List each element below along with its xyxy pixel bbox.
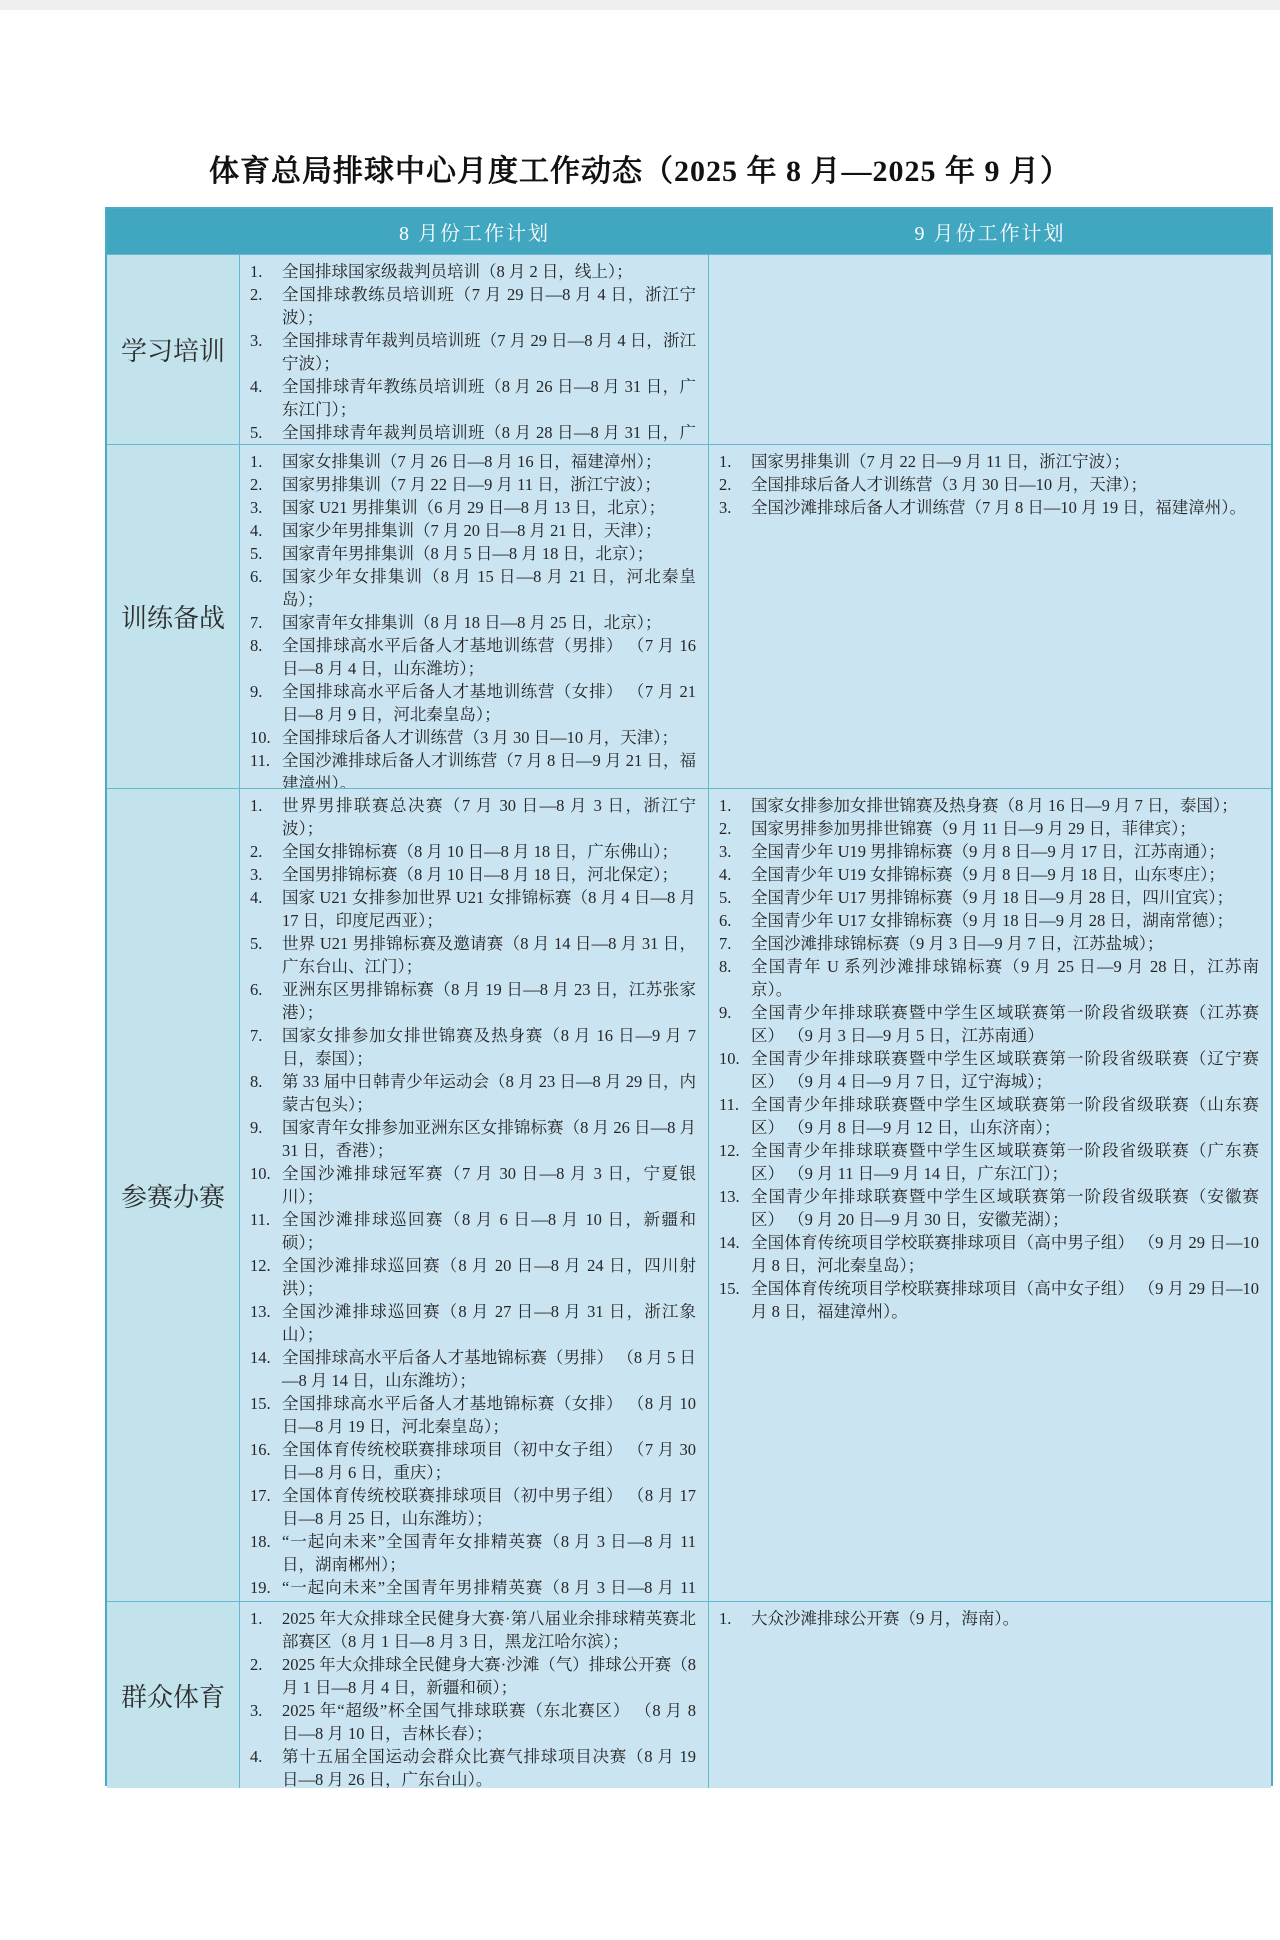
- item-number: 6.: [719, 909, 731, 932]
- plan-item: 16.全国体育传统校联赛排球项目（初中女子组） （7 月 30 日—8 月 6 …: [248, 1438, 696, 1484]
- item-text: 全国排球青年教练员培训班（8 月 26 日—8 月 31 日，广东江门）；: [282, 377, 696, 419]
- item-text: 全国男排锦标赛（8 月 10 日—8 月 18 日，河北保定）；: [282, 865, 678, 884]
- item-number: 4.: [250, 519, 262, 542]
- item-number: 8.: [250, 1070, 262, 1093]
- item-number: 3.: [719, 840, 731, 863]
- item-number: 5.: [719, 886, 731, 909]
- item-text: 国家少年女排集训（8 月 15 日—8 月 21 日，河北秦皇岛）；: [282, 567, 696, 609]
- item-text: 全国体育传统项目学校联赛排球项目（高中女子组） （9 月 29 日—10 月 8…: [751, 1279, 1259, 1321]
- table-body: 学习培训 1.全国排球国家级裁判员培训（8 月 2 日，线上）；2.全国排球教练…: [107, 255, 1271, 1788]
- plan-item: 18.“一起向未来”全国青年女排精英赛（8 月 3 日—8 月 11 日，湖南郴…: [248, 1530, 696, 1576]
- plan-item: 12.全国青少年排球联赛暨中学生区域联赛第一阶段省级联赛（广东赛区） （9 月 …: [717, 1139, 1259, 1185]
- item-text: 全国女排锦标赛（8 月 10 日—8 月 18 日，广东佛山）；: [282, 842, 678, 861]
- plan-item: 4.国家 U21 女排参加世界 U21 女排锦标赛（8 月 4 日—8 月 17…: [248, 886, 696, 932]
- item-text: 全国排球高水平后备人才基地锦标赛（女排） （8 月 10 日—8 月 19 日，…: [282, 1394, 696, 1436]
- september-item-list: 1.国家男排集训（7 月 22 日—9 月 11 日，浙江宁波）；2.全国排球后…: [717, 450, 1259, 519]
- item-text: 全国排球国家级裁判员培训（8 月 2 日，线上）；: [282, 262, 633, 281]
- item-text: 国家女排参加女排世锦赛及热身赛（8 月 16 日—9 月 7 日，泰国）；: [751, 796, 1238, 815]
- item-text: 全国青少年排球联赛暨中学生区域联赛第一阶段省级联赛（辽宁赛区） （9 月 4 日…: [751, 1049, 1259, 1091]
- category-label: 参赛办赛: [121, 1177, 225, 1214]
- september-cell: [709, 255, 1271, 444]
- plan-item: 7.全国沙滩排球锦标赛（9 月 3 日—9 月 7 日，江苏盐城）；: [717, 932, 1259, 955]
- item-text: 全国青少年排球联赛暨中学生区域联赛第一阶段省级联赛（广东赛区） （9 月 11 …: [751, 1141, 1259, 1183]
- plan-item: 5.全国青少年 U17 男排锦标赛（9 月 18 日—9 月 28 日，四川宜宾…: [717, 886, 1259, 909]
- plan-item: 4.全国排球青年教练员培训班（8 月 26 日—8 月 31 日，广东江门）；: [248, 375, 696, 421]
- item-number: 2.: [250, 283, 262, 306]
- page-top-strip: [0, 0, 1280, 10]
- item-text: 国家 U21 男排集训（6 月 29 日—8 月 13 日，北京）；: [282, 498, 665, 517]
- table-row: 学习培训 1.全国排球国家级裁判员培训（8 月 2 日，线上）；2.全国排球教练…: [107, 255, 1271, 445]
- item-text: 全国青少年排球联赛暨中学生区域联赛第一阶段省级联赛（江苏赛区） （9 月 3 日…: [751, 1003, 1259, 1045]
- item-text: 国家男排集训（7 月 22 日—9 月 11 日，浙江宁波）；: [282, 475, 661, 494]
- item-number: 7.: [719, 932, 731, 955]
- category-header-spacer: [107, 209, 240, 254]
- item-text: 全国排球后备人才训练营（3 月 30 日—10 月，天津）；: [751, 475, 1147, 494]
- plan-item: 9.国家青年女排参加亚洲东区女排锦标赛（8 月 26 日—8 月 31 日，香港…: [248, 1116, 696, 1162]
- plan-item: 8.第 33 届中日韩青少年运动会（8 月 23 日—8 月 29 日，内蒙古包…: [248, 1070, 696, 1116]
- item-number: 1.: [719, 450, 731, 473]
- plan-item: 9.全国青少年排球联赛暨中学生区域联赛第一阶段省级联赛（江苏赛区） （9 月 3…: [717, 1001, 1259, 1047]
- item-number: 3.: [719, 496, 731, 519]
- item-number: 14.: [719, 1231, 740, 1254]
- item-text: 全国排球高水平后备人才基地训练营（女排） （7 月 21 日—8 月 9 日，河…: [282, 682, 696, 724]
- plan-item: 1.国家女排集训（7 月 26 日—8 月 16 日，福建漳州）；: [248, 450, 696, 473]
- plan-item: 11.全国沙滩排球后备人才训练营（7 月 8 日—9 月 21 日，福建漳州）。: [248, 749, 696, 788]
- plan-item: 5.全国排球青年裁判员培训班（8 月 28 日—8 月 31 日，广东江门）。: [248, 421, 696, 444]
- august-cell: 1.世界男排联赛总决赛（7 月 30 日—8 月 3 日，浙江宁波）；2.全国女…: [240, 789, 709, 1601]
- item-number: 10.: [250, 1162, 271, 1185]
- item-number: 12.: [719, 1139, 740, 1162]
- plan-item: 14.全国排球高水平后备人才基地锦标赛（男排） （8 月 5 日—8 月 14 …: [248, 1346, 696, 1392]
- plan-item: 11.全国沙滩排球巡回赛（8 月 6 日—8 月 10 日，新疆和硕）；: [248, 1208, 696, 1254]
- august-item-list: 1.2025 年大众排球全民健身大赛·第八届业余排球精英赛北部赛区（8 月 1 …: [248, 1607, 696, 1788]
- item-text: 全国体育传统校联赛排球项目（初中男子组） （8 月 17 日—8 月 25 日，…: [282, 1486, 696, 1528]
- plan-item: 10.全国青少年排球联赛暨中学生区域联赛第一阶段省级联赛（辽宁赛区） （9 月 …: [717, 1047, 1259, 1093]
- item-text: 第十五届全国运动会群众比赛气排球项目决赛（8 月 19 日—8 月 26 日，广…: [282, 1747, 696, 1788]
- plan-item: 14.全国体育传统项目学校联赛排球项目（高中男子组） （9 月 29 日—10 …: [717, 1231, 1259, 1277]
- plan-item: 10.全国沙滩排球冠军赛（7 月 30 日—8 月 3 日，宁夏银川）；: [248, 1162, 696, 1208]
- category-cell: 参赛办赛: [107, 789, 240, 1601]
- item-number: 11.: [250, 1208, 270, 1231]
- item-text: 全国沙滩排球后备人才训练营（7 月 8 日—10 月 19 日，福建漳州）。: [751, 498, 1246, 517]
- item-text: 全国体育传统项目学校联赛排球项目（高中男子组） （9 月 29 日—10 月 8…: [751, 1233, 1259, 1275]
- item-number: 4.: [719, 863, 731, 886]
- item-text: 全国体育传统校联赛排球项目（初中女子组） （7 月 30 日—8 月 6 日，重…: [282, 1440, 696, 1482]
- item-text: 国家女排参加女排世锦赛及热身赛（8 月 16 日—9 月 7 日，泰国）；: [282, 1026, 696, 1068]
- item-number: 3.: [250, 329, 262, 352]
- plan-item: 4.全国青少年 U19 女排锦标赛（9 月 8 日—9 月 18 日，山东枣庄）…: [717, 863, 1259, 886]
- item-number: 1.: [719, 794, 731, 817]
- item-number: 1.: [250, 450, 262, 473]
- item-number: 5.: [250, 542, 262, 565]
- category-label: 训练备战: [121, 598, 225, 635]
- plan-item: 12.全国沙滩排球巡回赛（8 月 20 日—8 月 24 日，四川射洪）；: [248, 1254, 696, 1300]
- august-cell: 1.2025 年大众排球全民健身大赛·第八届业余排球精英赛北部赛区（8 月 1 …: [240, 1602, 709, 1788]
- plan-item: 3.2025 年“超级”杯全国气排球联赛（东北赛区） （8 月 8 日—8 月 …: [248, 1699, 696, 1745]
- august-item-list: 1.国家女排集训（7 月 26 日—8 月 16 日，福建漳州）；2.国家男排集…: [248, 450, 696, 788]
- item-text: 全国青少年 U19 女排锦标赛（9 月 8 日—9 月 18 日，山东枣庄）；: [751, 865, 1225, 884]
- item-number: 13.: [719, 1185, 740, 1208]
- plan-item: 13.全国沙滩排球巡回赛（8 月 27 日—8 月 31 日，浙江象山）；: [248, 1300, 696, 1346]
- plan-item: 15.全国体育传统项目学校联赛排球项目（高中女子组） （9 月 29 日—10 …: [717, 1277, 1259, 1323]
- plan-item: 1.世界男排联赛总决赛（7 月 30 日—8 月 3 日，浙江宁波）；: [248, 794, 696, 840]
- plan-item: 4.第十五届全国运动会群众比赛气排球项目决赛（8 月 19 日—8 月 26 日…: [248, 1745, 696, 1788]
- plan-item: 2.全国排球后备人才训练营（3 月 30 日—10 月，天津）；: [717, 473, 1259, 496]
- item-number: 2.: [719, 473, 731, 496]
- plan-item: 6.亚洲东区男排锦标赛（8 月 19 日—8 月 23 日，江苏张家港）；: [248, 978, 696, 1024]
- item-text: 世界男排联赛总决赛（7 月 30 日—8 月 3 日，浙江宁波）；: [282, 796, 696, 838]
- plan-item: 2.全国排球教练员培训班（7 月 29 日—8 月 4 日，浙江宁波）；: [248, 283, 696, 329]
- item-text: 全国沙滩排球巡回赛（8 月 20 日—8 月 24 日，四川射洪）；: [282, 1256, 696, 1298]
- item-number: 8.: [719, 955, 731, 978]
- item-text: 全国青少年排球联赛暨中学生区域联赛第一阶段省级联赛（安徽赛区） （9 月 20 …: [751, 1187, 1259, 1229]
- item-number: 1.: [719, 1607, 731, 1630]
- item-text: 全国青少年 U17 女排锦标赛（9 月 18 日—9 月 28 日，湖南常德）；: [751, 911, 1233, 930]
- item-text: 世界 U21 男排锦标赛及邀请赛（8 月 14 日—8 月 31 日，广东台山、…: [282, 934, 696, 976]
- item-text: 全国排球青年裁判员培训班（7 月 29 日—8 月 4 日，浙江宁波）；: [282, 331, 696, 373]
- item-number: 10.: [250, 726, 271, 749]
- plan-item: 1.全国排球国家级裁判员培训（8 月 2 日，线上）；: [248, 260, 696, 283]
- plan-item: 9.全国排球高水平后备人才基地训练营（女排） （7 月 21 日—8 月 9 日…: [248, 680, 696, 726]
- plan-item: 2.国家男排集训（7 月 22 日—9 月 11 日，浙江宁波）；: [248, 473, 696, 496]
- plan-item: 1.国家女排参加女排世锦赛及热身赛（8 月 16 日—9 月 7 日，泰国）；: [717, 794, 1259, 817]
- item-text: 全国青年 U 系列沙滩排球锦标赛（9 月 25 日—9 月 28 日，江苏南京）…: [751, 957, 1259, 999]
- plan-item: 5.世界 U21 男排锦标赛及邀请赛（8 月 14 日—8 月 31 日，广东台…: [248, 932, 696, 978]
- item-text: 国家男排参加男排世锦赛（9 月 11 日—9 月 29 日，菲律宾）；: [751, 819, 1196, 838]
- item-text: “一起向未来”全国青年女排精英赛（8 月 3 日—8 月 11 日，湖南郴州）；: [282, 1532, 696, 1574]
- table-row: 群众体育 1.2025 年大众排球全民健身大赛·第八届业余排球精英赛北部赛区（8…: [107, 1602, 1271, 1788]
- plan-item: 6.国家少年女排集训（8 月 15 日—8 月 21 日，河北秦皇岛）；: [248, 565, 696, 611]
- plan-item: 13.全国青少年排球联赛暨中学生区域联赛第一阶段省级联赛（安徽赛区） （9 月 …: [717, 1185, 1259, 1231]
- plan-item: 1.2025 年大众排球全民健身大赛·第八届业余排球精英赛北部赛区（8 月 1 …: [248, 1607, 696, 1653]
- item-number: 7.: [250, 611, 262, 634]
- item-number: 18.: [250, 1530, 271, 1553]
- item-text: 全国排球高水平后备人才基地锦标赛（男排） （8 月 5 日—8 月 14 日，山…: [282, 1348, 696, 1390]
- item-text: 2025 年大众排球全民健身大赛·第八届业余排球精英赛北部赛区（8 月 1 日—…: [282, 1609, 696, 1651]
- plan-item: 4.国家少年男排集训（7 月 20 日—8 月 21 日，天津）；: [248, 519, 696, 542]
- plan-item: 19.“一起向未来”全国青年男排精英赛（8 月 3 日—8 月 11 日，河北秦…: [248, 1576, 696, 1601]
- august-item-list: 1.全国排球国家级裁判员培训（8 月 2 日，线上）；2.全国排球教练员培训班（…: [248, 260, 696, 444]
- item-number: 11.: [250, 749, 270, 772]
- column-header-august: 8 月份工作计划: [240, 209, 709, 254]
- item-text: 国家青年女排参加亚洲东区女排锦标赛（8 月 26 日—8 月 31 日，香港）；: [282, 1118, 696, 1160]
- item-text: 全国排球青年裁判员培训班（8 月 28 日—8 月 31 日，广东江门）。: [282, 423, 696, 444]
- item-number: 13.: [250, 1300, 271, 1323]
- plan-item: 1.国家男排集训（7 月 22 日—9 月 11 日，浙江宁波）；: [717, 450, 1259, 473]
- plan-item: 10.全国排球后备人才训练营（3 月 30 日—10 月，天津）；: [248, 726, 696, 749]
- item-number: 8.: [250, 634, 262, 657]
- september-cell: 1.国家女排参加女排世锦赛及热身赛（8 月 16 日—9 月 7 日，泰国）；2…: [709, 789, 1271, 1601]
- item-text: 全国青少年 U17 男排锦标赛（9 月 18 日—9 月 28 日，四川宜宾）；: [751, 888, 1233, 907]
- item-text: 亚洲东区男排锦标赛（8 月 19 日—8 月 23 日，江苏张家港）；: [282, 980, 696, 1022]
- plan-item: 3.全国男排锦标赛（8 月 10 日—8 月 18 日，河北保定）；: [248, 863, 696, 886]
- work-plan-table: 8 月份工作计划 9 月份工作计划 学习培训 1.全国排球国家级裁判员培训（8 …: [105, 207, 1273, 1786]
- item-number: 1.: [250, 260, 262, 283]
- item-text: 全国青少年 U19 男排锦标赛（9 月 8 日—9 月 17 日，江苏南通）；: [751, 842, 1225, 861]
- plan-item: 11.全国青少年排球联赛暨中学生区域联赛第一阶段省级联赛（山东赛区） （9 月 …: [717, 1093, 1259, 1139]
- item-number: 2.: [250, 1653, 262, 1676]
- plan-item: 15.全国排球高水平后备人才基地锦标赛（女排） （8 月 10 日—8 月 19…: [248, 1392, 696, 1438]
- item-number: 1.: [250, 794, 262, 817]
- table-row: 参赛办赛 1.世界男排联赛总决赛（7 月 30 日—8 月 3 日，浙江宁波）；…: [107, 789, 1271, 1602]
- item-text: 国家 U21 女排参加世界 U21 女排锦标赛（8 月 4 日—8 月 17 日…: [282, 888, 696, 930]
- august-cell: 1.全国排球国家级裁判员培训（8 月 2 日，线上）；2.全国排球教练员培训班（…: [240, 255, 709, 444]
- september-item-list: 1.大众沙滩排球公开赛（9 月，海南）。: [717, 1607, 1259, 1630]
- item-number: 14.: [250, 1346, 271, 1369]
- item-number: 4.: [250, 886, 262, 909]
- plan-item: 6.全国青少年 U17 女排锦标赛（9 月 18 日—9 月 28 日，湖南常德…: [717, 909, 1259, 932]
- item-text: 全国沙滩排球冠军赛（7 月 30 日—8 月 3 日，宁夏银川）；: [282, 1164, 696, 1206]
- table-row: 训练备战 1.国家女排集训（7 月 26 日—8 月 16 日，福建漳州）；2.…: [107, 445, 1271, 789]
- item-text: 国家女排集训（7 月 26 日—8 月 16 日，福建漳州）；: [282, 452, 662, 471]
- plan-item: 3.全国沙滩排球后备人才训练营（7 月 8 日—10 月 19 日，福建漳州）。: [717, 496, 1259, 519]
- item-text: 国家青年男排集训（8 月 5 日—8 月 18 日，北京）；: [282, 544, 653, 563]
- item-number: 9.: [250, 1116, 262, 1139]
- item-text: 国家少年男排集训（7 月 20 日—8 月 21 日，天津）；: [282, 521, 662, 540]
- plan-item: 2.2025 年大众排球全民健身大赛·沙滩（气）排球公开赛（8 月 1 日—8 …: [248, 1653, 696, 1699]
- item-number: 1.: [250, 1607, 262, 1630]
- item-number: 4.: [250, 1745, 262, 1768]
- plan-item: 8.全国排球高水平后备人才基地训练营（男排） （7 月 16 日—8 月 4 日…: [248, 634, 696, 680]
- august-cell: 1.国家女排集训（7 月 26 日—8 月 16 日，福建漳州）；2.国家男排集…: [240, 445, 709, 788]
- item-text: 第 33 届中日韩青少年运动会（8 月 23 日—8 月 29 日，内蒙古包头）…: [282, 1072, 696, 1114]
- category-label: 群众体育: [121, 1677, 225, 1714]
- plan-item: 5.国家青年男排集训（8 月 5 日—8 月 18 日，北京）；: [248, 542, 696, 565]
- item-text: 2025 年大众排球全民健身大赛·沙滩（气）排球公开赛（8 月 1 日—8 月 …: [282, 1655, 696, 1697]
- item-text: “一起向未来”全国青年男排精英赛（8 月 3 日—8 月 11 日，河北秦皇岛）…: [282, 1578, 696, 1601]
- plan-item: 17.全国体育传统校联赛排球项目（初中男子组） （8 月 17 日—8 月 25…: [248, 1484, 696, 1530]
- item-text: 国家男排集训（7 月 22 日—9 月 11 日，浙江宁波）；: [751, 452, 1130, 471]
- item-number: 15.: [719, 1277, 740, 1300]
- item-number: 6.: [250, 978, 262, 1001]
- item-number: 3.: [250, 1699, 262, 1722]
- item-text: 全国排球后备人才训练营（3 月 30 日—10 月，天津）；: [282, 728, 678, 747]
- item-number: 19.: [250, 1576, 271, 1599]
- column-header-september: 9 月份工作计划: [709, 209, 1271, 254]
- item-text: 全国沙滩排球巡回赛（8 月 27 日—8 月 31 日，浙江象山）；: [282, 1302, 696, 1344]
- item-number: 5.: [250, 421, 262, 444]
- item-text: 全国沙滩排球后备人才训练营（7 月 8 日—9 月 21 日，福建漳州）。: [282, 751, 696, 788]
- plan-item: 2.全国女排锦标赛（8 月 10 日—8 月 18 日，广东佛山）；: [248, 840, 696, 863]
- plan-item: 7.国家女排参加女排世锦赛及热身赛（8 月 16 日—9 月 7 日，泰国）；: [248, 1024, 696, 1070]
- item-text: 全国排球高水平后备人才基地训练营（男排） （7 月 16 日—8 月 4 日，山…: [282, 636, 696, 678]
- category-cell: 训练备战: [107, 445, 240, 788]
- item-number: 7.: [250, 1024, 262, 1047]
- item-text: 国家青年女排集训（8 月 18 日—8 月 25 日，北京）；: [282, 613, 662, 632]
- page-title: 体育总局排球中心月度工作动态（2025 年 8 月—2025 年 9 月）: [0, 146, 1280, 190]
- item-number: 15.: [250, 1392, 271, 1415]
- item-number: 9.: [250, 680, 262, 703]
- item-number: 2.: [719, 817, 731, 840]
- item-number: 11.: [719, 1093, 739, 1116]
- plan-item: 1.大众沙滩排球公开赛（9 月，海南）。: [717, 1607, 1259, 1630]
- item-number: 16.: [250, 1438, 271, 1461]
- category-label: 学习培训: [121, 331, 225, 368]
- item-text: 2025 年“超级”杯全国气排球联赛（东北赛区） （8 月 8 日—8 月 10…: [282, 1701, 696, 1743]
- item-text: 大众沙滩排球公开赛（9 月，海南）。: [751, 1609, 1019, 1628]
- item-number: 12.: [250, 1254, 271, 1277]
- item-text: 全国沙滩排球巡回赛（8 月 6 日—8 月 10 日，新疆和硕）；: [282, 1210, 696, 1252]
- item-number: 10.: [719, 1047, 740, 1070]
- table-header-row: 8 月份工作计划 9 月份工作计划: [107, 209, 1271, 255]
- plan-item: 7.国家青年女排集训（8 月 18 日—8 月 25 日，北京）；: [248, 611, 696, 634]
- plan-item: 3.全国排球青年裁判员培训班（7 月 29 日—8 月 4 日，浙江宁波）；: [248, 329, 696, 375]
- item-number: 3.: [250, 496, 262, 519]
- item-number: 3.: [250, 863, 262, 886]
- september-cell: 1.大众沙滩排球公开赛（9 月，海南）。: [709, 1602, 1271, 1788]
- plan-item: 2.国家男排参加男排世锦赛（9 月 11 日—9 月 29 日，菲律宾）；: [717, 817, 1259, 840]
- item-number: 5.: [250, 932, 262, 955]
- item-number: 6.: [250, 565, 262, 588]
- item-number: 17.: [250, 1484, 271, 1507]
- september-cell: 1.国家男排集训（7 月 22 日—9 月 11 日，浙江宁波）；2.全国排球后…: [709, 445, 1271, 788]
- category-cell: 群众体育: [107, 1602, 240, 1788]
- item-number: 4.: [250, 375, 262, 398]
- plan-item: 3.全国青少年 U19 男排锦标赛（9 月 8 日—9 月 17 日，江苏南通）…: [717, 840, 1259, 863]
- plan-item: 8.全国青年 U 系列沙滩排球锦标赛（9 月 25 日—9 月 28 日，江苏南…: [717, 955, 1259, 1001]
- item-number: 2.: [250, 473, 262, 496]
- category-cell: 学习培训: [107, 255, 240, 444]
- item-number: 9.: [719, 1001, 731, 1024]
- item-number: 2.: [250, 840, 262, 863]
- item-text: 全国青少年排球联赛暨中学生区域联赛第一阶段省级联赛（山东赛区） （9 月 8 日…: [751, 1095, 1259, 1137]
- august-item-list: 1.世界男排联赛总决赛（7 月 30 日—8 月 3 日，浙江宁波）；2.全国女…: [248, 794, 696, 1601]
- item-text: 全国排球教练员培训班（7 月 29 日—8 月 4 日，浙江宁波）；: [282, 285, 696, 327]
- plan-item: 3.国家 U21 男排集训（6 月 29 日—8 月 13 日，北京）；: [248, 496, 696, 519]
- item-text: 全国沙滩排球锦标赛（9 月 3 日—9 月 7 日，江苏盐城）；: [751, 934, 1164, 953]
- september-item-list: 1.国家女排参加女排世锦赛及热身赛（8 月 16 日—9 月 7 日，泰国）；2…: [717, 794, 1259, 1323]
